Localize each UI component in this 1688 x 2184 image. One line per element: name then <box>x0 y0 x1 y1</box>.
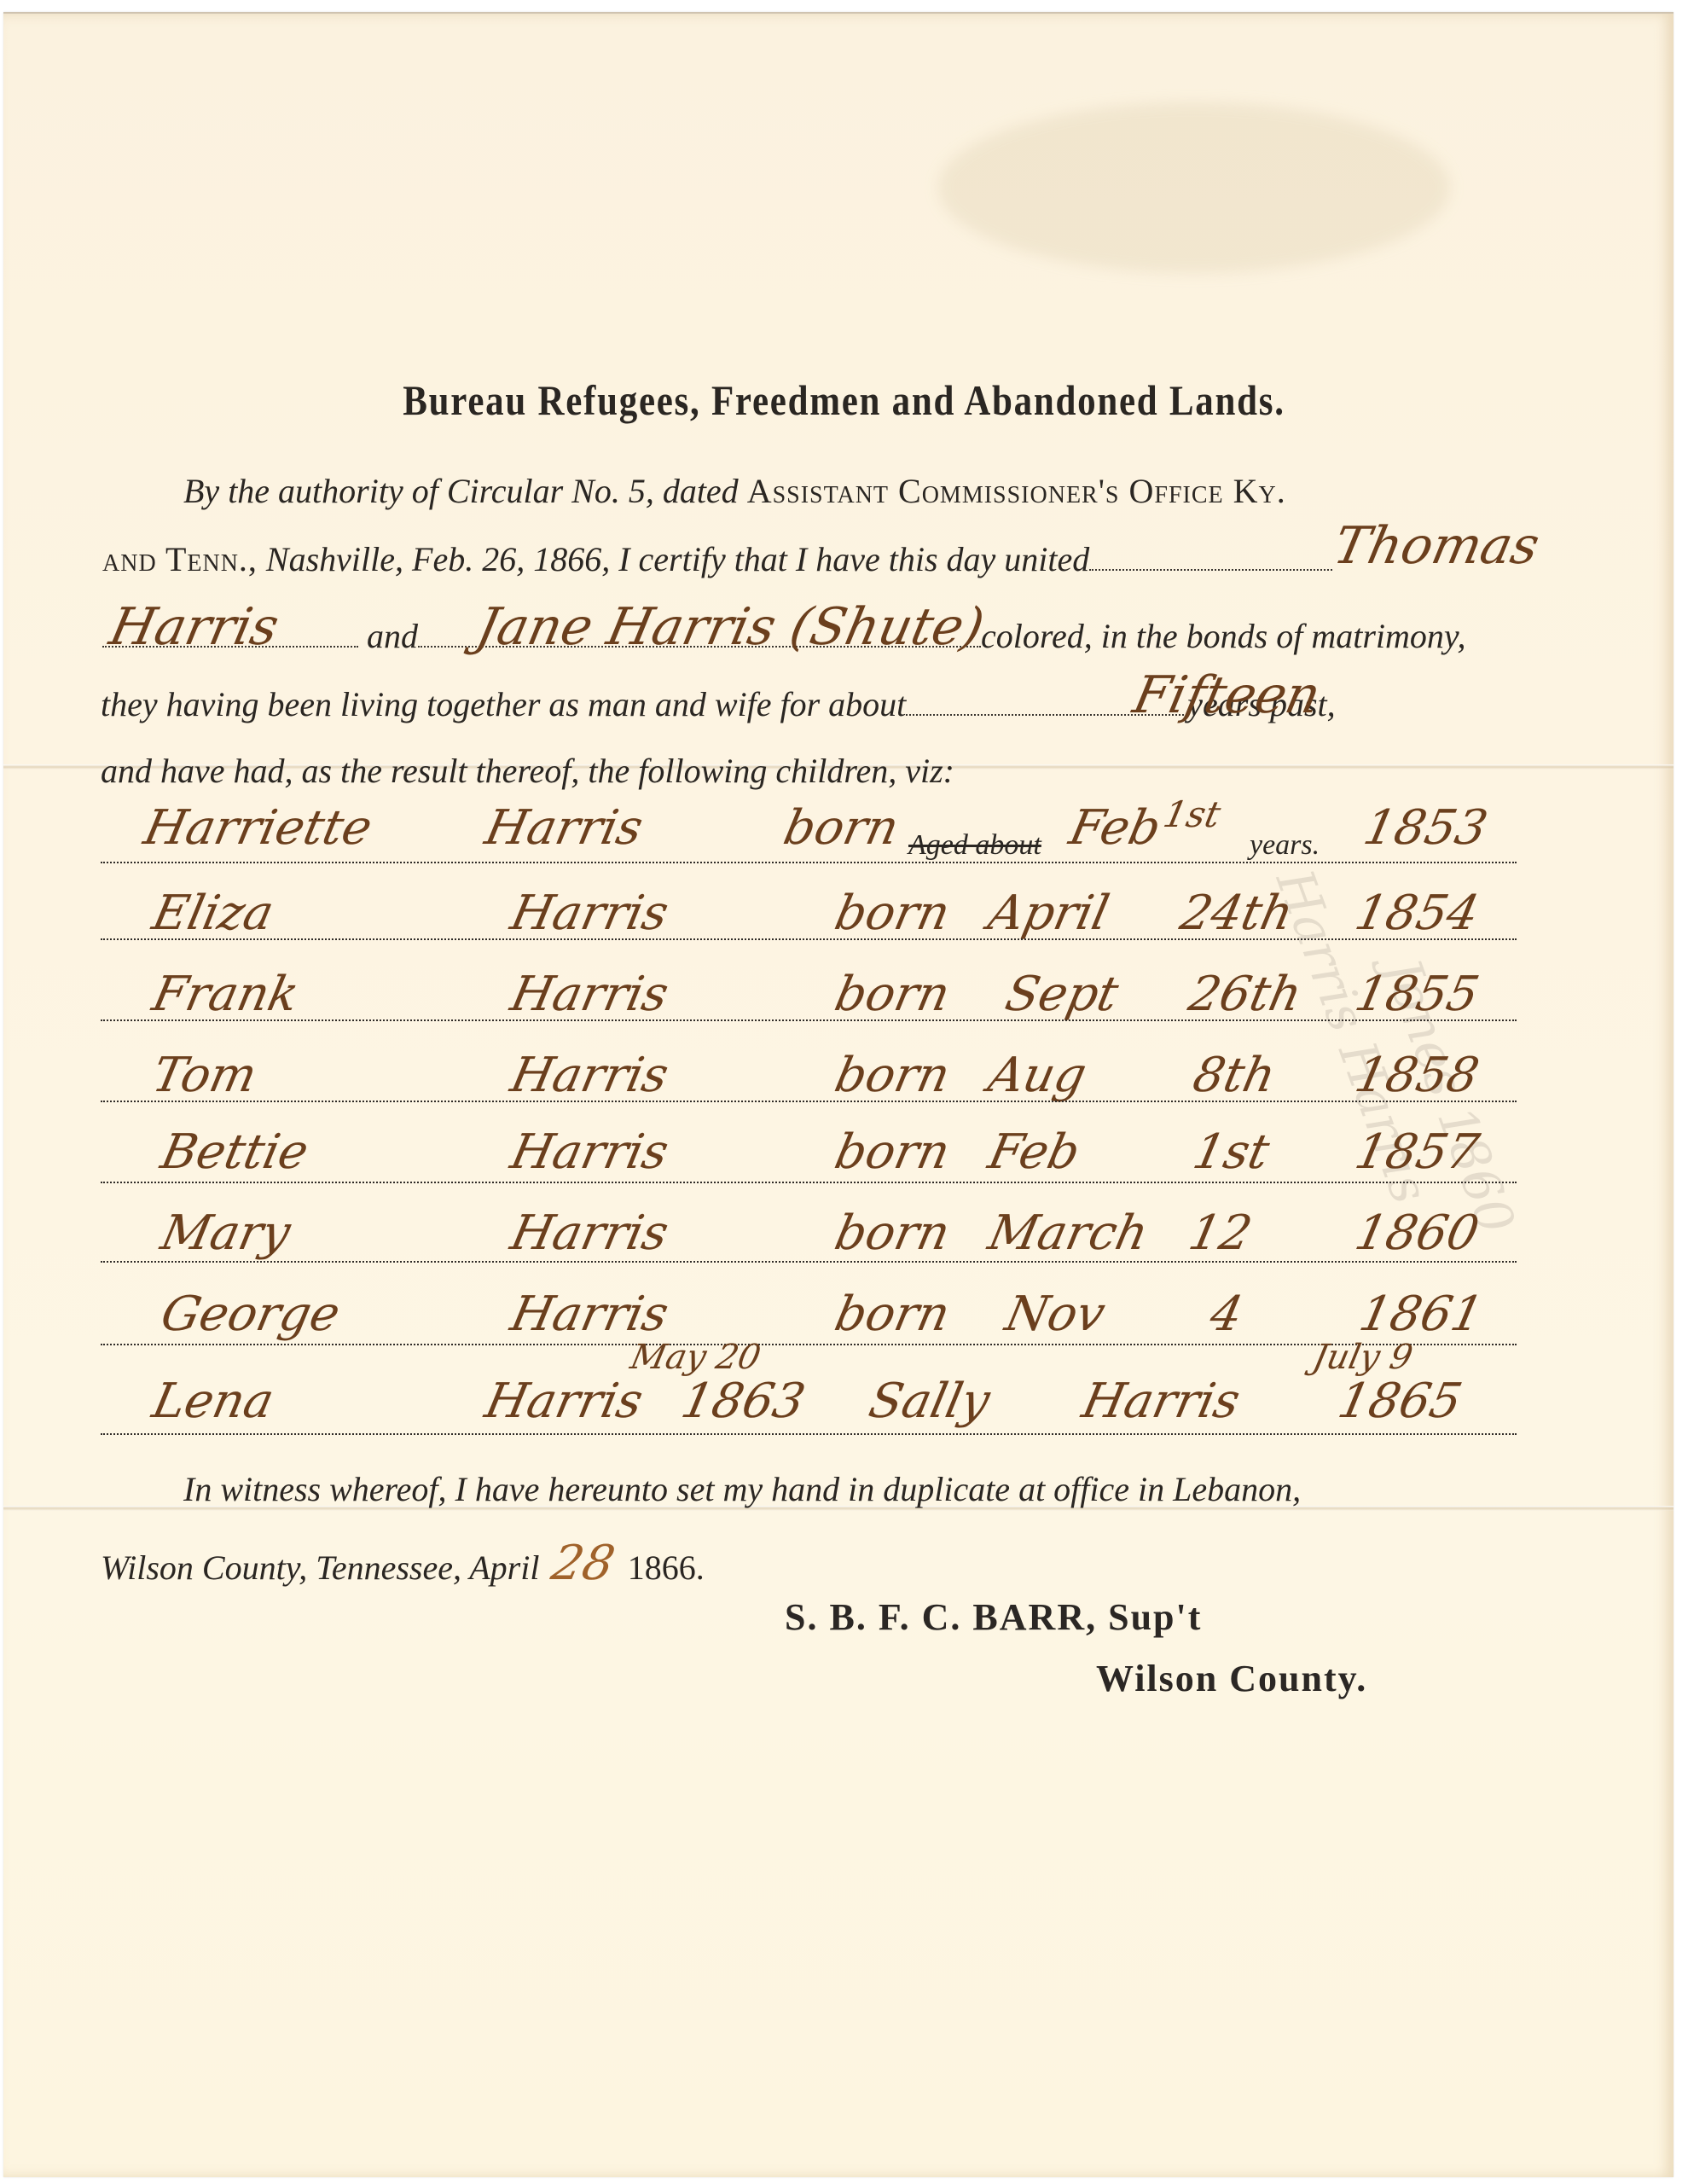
ruled-line <box>101 1261 1517 1263</box>
child-last-name: Harris <box>506 1124 673 1180</box>
child-born-label: born <box>830 1048 954 1103</box>
child-birth-day: 24th <box>1175 886 1298 941</box>
child-last-name: Harris <box>506 1048 673 1103</box>
child-last-name: Harris <box>506 1287 673 1342</box>
child-born-label: born <box>830 1124 954 1180</box>
wife-name: Jane Harris (Shute) <box>472 597 989 657</box>
child-row: Tom Harris born Aug 8th 1858 <box>0 1041 1688 1118</box>
child-first-name: Frank <box>148 967 304 1022</box>
signature-county: Wilson County. <box>1096 1657 1367 1700</box>
ruled-line <box>101 862 1517 863</box>
ruled-line <box>101 1182 1517 1183</box>
child-last-name: Harris <box>506 1205 673 1261</box>
paper-stain <box>938 102 1450 273</box>
child-born-label: born <box>830 967 954 1022</box>
child-birth-day: 1st <box>1160 793 1225 835</box>
child-birth-year: 1854 <box>1350 886 1483 941</box>
child-birth-year: 1855 <box>1350 967 1483 1022</box>
child-birth-month: March <box>983 1205 1153 1261</box>
years-together-value: Fifteen <box>1128 665 1326 725</box>
child-birth-month: April <box>983 886 1114 941</box>
child-first-name: Lena <box>148 1374 279 1429</box>
certificate-line-5: and have had, as the result thereof, the… <box>101 751 954 791</box>
child-first-name: George <box>156 1287 345 1342</box>
child-birth-month: Feb <box>983 1124 1085 1180</box>
child-row: Mary Harris born March 12 1860 <box>0 1199 1688 1275</box>
ruled-line <box>101 1344 1517 1345</box>
child-birth-month: Feb <box>1064 800 1166 856</box>
husband-last-name: Harris <box>105 597 284 657</box>
ruled-line <box>101 1101 1517 1102</box>
ruled-line <box>101 1019 1517 1021</box>
child-birth-month: Aug <box>983 1048 1091 1103</box>
child-birth-day: 26th <box>1184 967 1307 1022</box>
document-heading: Bureau Refugees, Freedmen and Abandoned … <box>119 375 1570 425</box>
certificate-line-2: and Tenn., Nashville, Feb. 26, 1866, I c… <box>102 539 1332 579</box>
witness-line-1: In witness whereof, I have hereunto set … <box>183 1469 1301 1509</box>
child-birth-year: 1853 <box>1359 800 1492 856</box>
child-first-name: Harriette <box>139 800 377 856</box>
child-last-name: Harris <box>506 886 673 941</box>
child-row: Lena Harris May 20 1863 Sally Harris Jul… <box>0 1356 1688 1433</box>
child-last-name: Harris <box>1077 1374 1244 1429</box>
child-birth-year: 1860 <box>1350 1205 1483 1261</box>
printed-aged-about-struck: Aged about <box>908 829 1041 862</box>
child-birth-day: 4 <box>1205 1287 1247 1342</box>
certificate-line-1: By the authority of Circular No. 5, date… <box>183 471 1286 511</box>
ruled-line <box>101 938 1517 940</box>
child-birth-month: Sept <box>1001 967 1123 1022</box>
child-birth-year: 1858 <box>1350 1048 1483 1103</box>
child-last-name: Harris <box>480 1374 647 1429</box>
husband-first-name: Thomas <box>1329 516 1545 576</box>
printed-years-label: years. <box>1250 829 1320 862</box>
ruled-line <box>101 1433 1517 1435</box>
child-row: Frank Harris born Sept 26th 1855 <box>0 960 1688 1037</box>
child-born-label: born <box>830 1287 954 1342</box>
husband-first-blank <box>1089 568 1332 571</box>
child-birth-date-above: July 9 <box>1309 1338 1416 1377</box>
child-first-name: Bettie <box>156 1124 313 1180</box>
child-born-label: born <box>830 1205 954 1261</box>
witness-line-2: Wilson County, Tennessee, April 28 1866. <box>101 1536 705 1591</box>
child-birth-date-above: May 20 <box>627 1338 764 1377</box>
child-birth-month: Nov <box>1001 1287 1110 1342</box>
child-birth-year: 1863 <box>676 1374 809 1429</box>
child-birth-year: 1861 <box>1354 1287 1488 1342</box>
child-birth-day: 1st <box>1188 1124 1274 1180</box>
child-first-name: Eliza <box>148 886 278 941</box>
child-first-name: Tom <box>148 1048 262 1103</box>
child-birth-day: 8th <box>1188 1048 1280 1103</box>
child-last-name: Harris <box>480 800 647 856</box>
child-birth-year: 1857 <box>1350 1124 1483 1180</box>
child-born-label: born <box>779 800 903 856</box>
signature-name: S. B. F. C. BARR, Sup't <box>785 1595 1202 1639</box>
child-row: Harriette Harris born Aged about Feb 1st… <box>0 793 1688 870</box>
child-first-name: Mary <box>156 1205 295 1261</box>
child-birth-day: 12 <box>1184 1205 1256 1261</box>
child-row: Eliza Harris born April 24th 1854 <box>0 879 1688 955</box>
child-last-name: Harris <box>506 967 673 1022</box>
child-first-name: Sally <box>864 1374 995 1429</box>
child-born-label: born <box>830 886 954 941</box>
witness-day: 28 <box>548 1536 620 1591</box>
child-birth-year: 1865 <box>1333 1374 1466 1429</box>
